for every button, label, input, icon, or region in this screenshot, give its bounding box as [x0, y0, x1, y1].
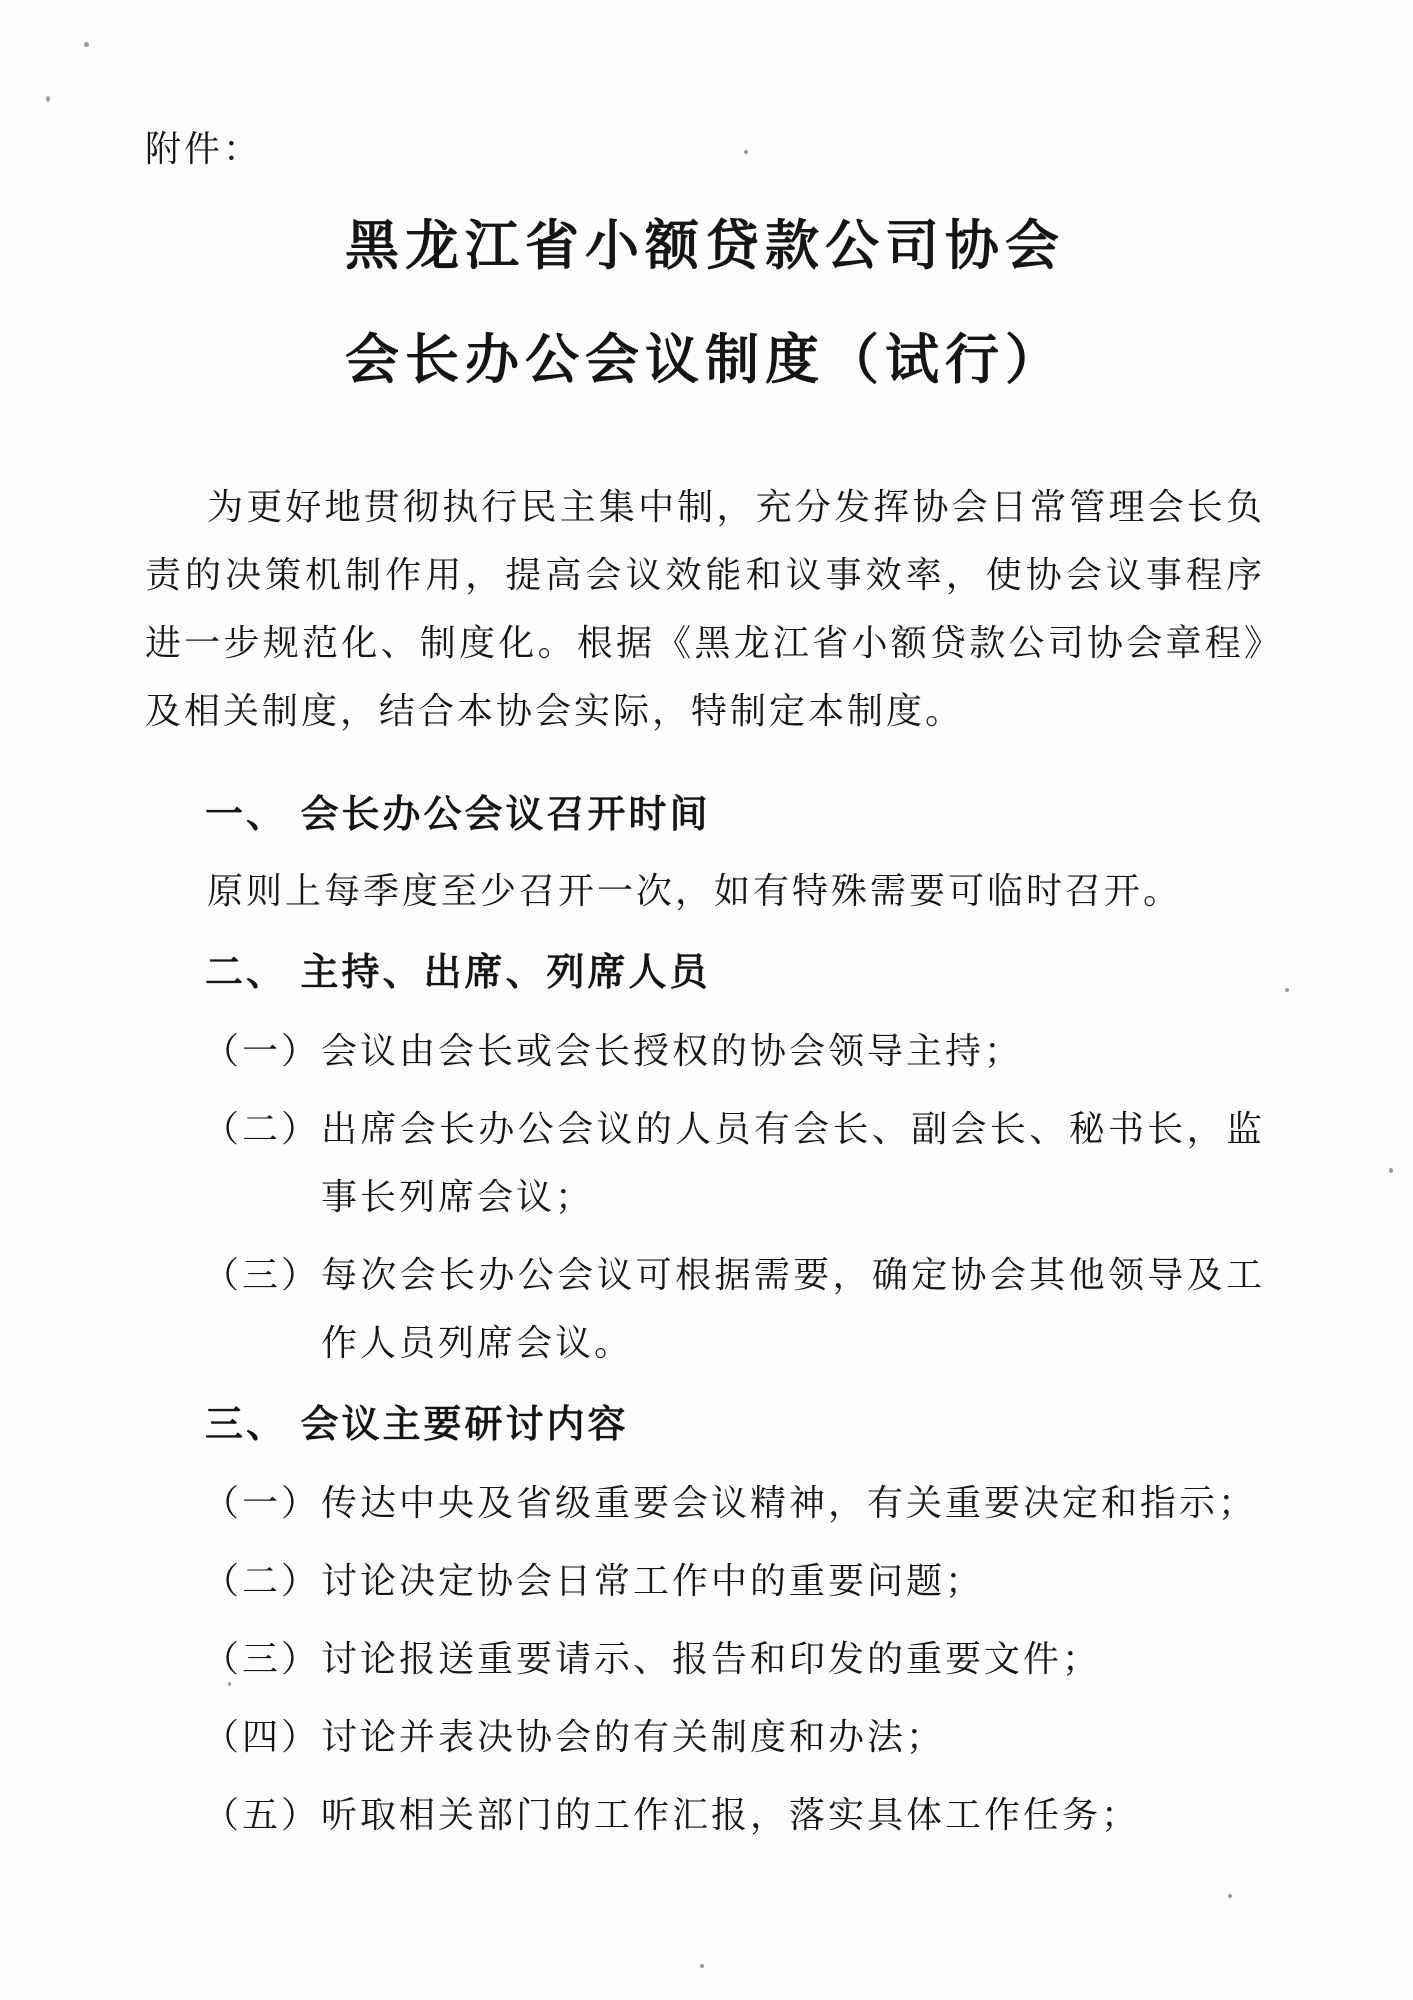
section2-item-2: （二） 出席会长办公会议的人员有会长、副会长、秘书长，监事长列席会议；	[145, 1095, 1265, 1231]
document-title: 黑龙江省小额贷款公司协会 会长办公会议制度（试行）	[145, 189, 1265, 417]
item-text: 听取相关部门的工作汇报，落实具体工作任务；	[321, 1781, 1265, 1849]
scanned-document-page: 附件： 黑龙江省小额贷款公司协会 会长办公会议制度（试行） 为更好地贯彻执行民主…	[0, 0, 1413, 2000]
item-text: 讨论决定协会日常工作中的重要问题；	[321, 1547, 1265, 1615]
item-text: 讨论并表决协会的有关制度和办法；	[321, 1703, 1265, 1771]
item-marker: （二）	[203, 1547, 321, 1615]
section3-item-4: （四） 讨论并表决协会的有关制度和办法；	[145, 1703, 1265, 1771]
section3-item-5: （五） 听取相关部门的工作汇报，落实具体工作任务；	[145, 1781, 1265, 1849]
item-text: 出席会长办公会议的人员有会长、副会长、秘书长，监事长列席会议；	[321, 1095, 1265, 1231]
section3-item-1: （一） 传达中央及省级重要会议精神，有关重要决定和指示；	[145, 1469, 1265, 1537]
document-title-line2: 会长办公会议制度（试行）	[145, 303, 1265, 417]
scan-speck	[700, 1964, 704, 1968]
scan-speck	[1228, 1894, 1232, 1898]
scan-speck	[1389, 1168, 1393, 1173]
section3-item-3: （三） 讨论报送重要请示、报告和印发的重要文件；	[145, 1625, 1265, 1693]
scan-speck	[744, 150, 748, 154]
intro-paragraph: 为更好地贯彻执行民主集中制，充分发挥协会日常管理会长负责的决策机制作用，提高会议…	[145, 473, 1265, 745]
section3-heading: 三、 会议主要研讨内容	[205, 1391, 1265, 1459]
item-text: 传达中央及省级重要会议精神，有关重要决定和指示；	[321, 1469, 1265, 1537]
document-content: 附件： 黑龙江省小额贷款公司协会 会长办公会议制度（试行） 为更好地贯彻执行民主…	[0, 0, 1413, 1849]
item-marker: （一）	[203, 1469, 321, 1537]
item-text: 会议由会长或会长授权的协会领导主持；	[321, 1017, 1265, 1085]
section1-text: 原则上每季度至少召开一次，如有特殊需要可临时召开。	[145, 857, 1265, 925]
item-text: 讨论报送重要请示、报告和印发的重要文件；	[321, 1625, 1265, 1693]
scan-speck	[228, 1682, 231, 1686]
section2-item-3: （三） 每次会长办公会议可根据需要，确定协会其他领导及工作人员列席会议。	[145, 1241, 1265, 1377]
item-marker: （二）	[203, 1095, 321, 1231]
item-marker: （五）	[203, 1781, 321, 1849]
scan-speck	[46, 96, 50, 102]
section2-item-1: （一） 会议由会长或会长授权的协会领导主持；	[145, 1017, 1265, 1085]
item-marker: （三）	[203, 1625, 321, 1693]
scan-speck	[84, 42, 89, 47]
scan-speck	[1285, 988, 1289, 992]
section3-item-2: （二） 讨论决定协会日常工作中的重要问题；	[145, 1547, 1265, 1615]
item-text: 每次会长办公会议可根据需要，确定协会其他领导及工作人员列席会议。	[321, 1241, 1265, 1377]
document-title-line1: 黑龙江省小额贷款公司协会	[145, 189, 1265, 303]
section1-heading: 一、 会长办公会议召开时间	[205, 781, 1265, 849]
item-marker: （一）	[203, 1017, 321, 1085]
item-marker: （三）	[203, 1241, 321, 1377]
attachment-label: 附件：	[145, 125, 1265, 173]
section2-heading: 二、 主持、出席、列席人员	[205, 939, 1265, 1007]
item-marker: （四）	[203, 1703, 321, 1771]
